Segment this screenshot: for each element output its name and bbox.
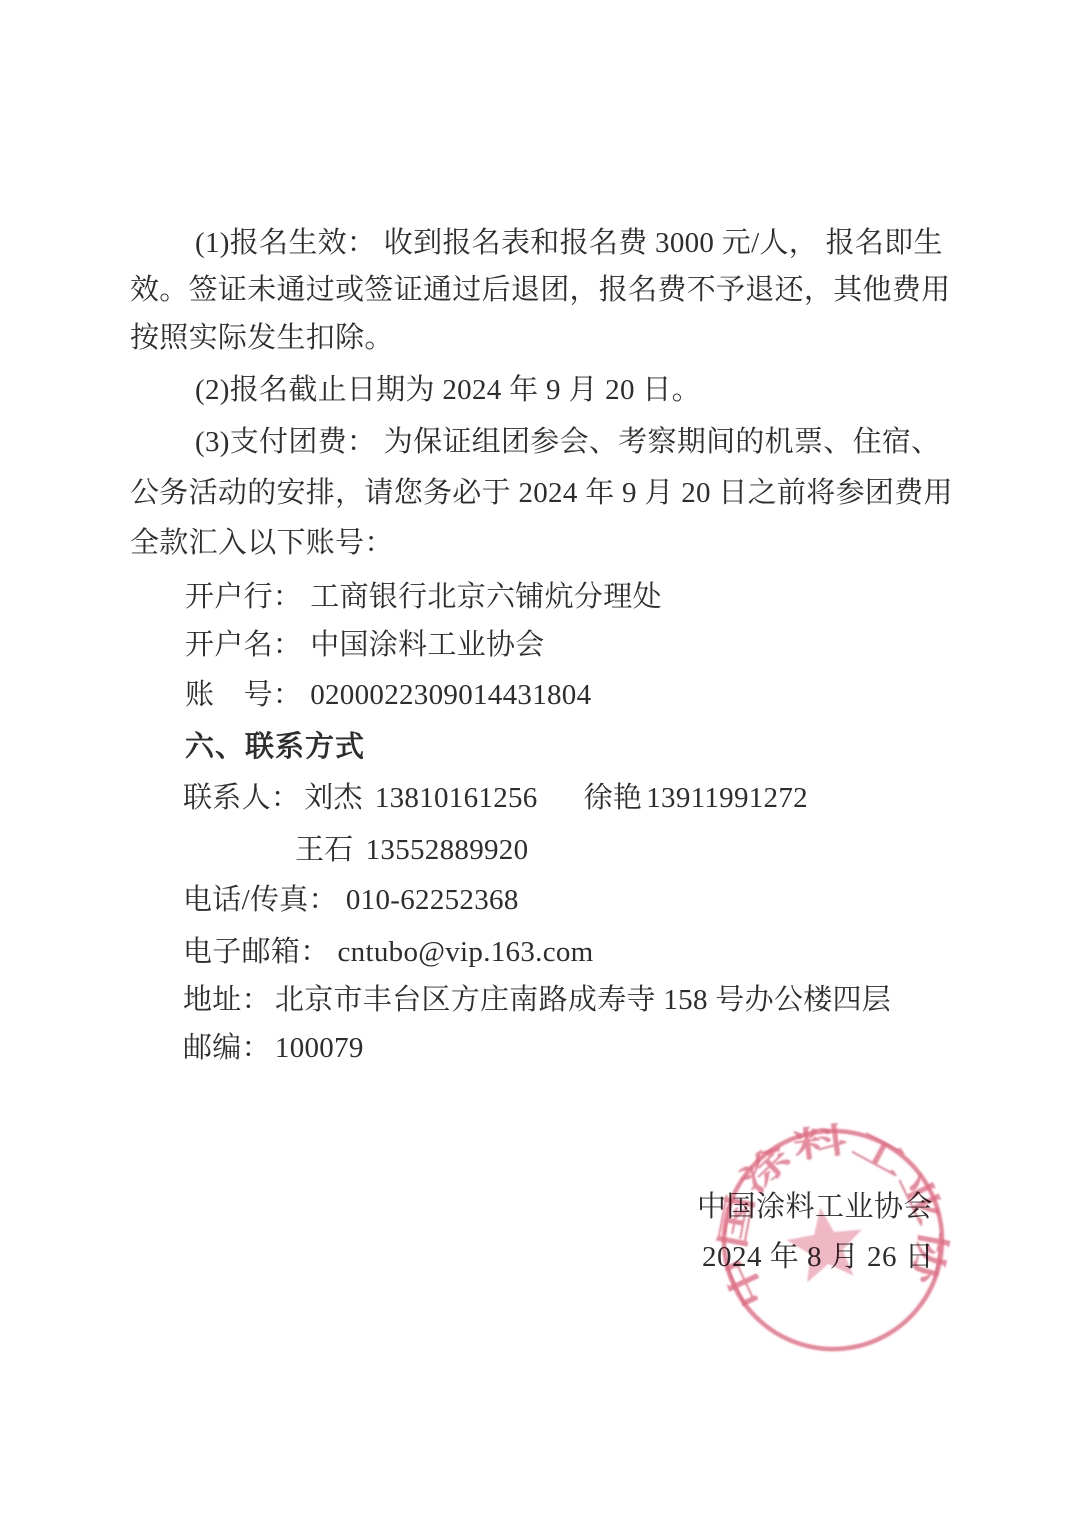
- document-page: (1)报名生效： 收到报名表和报名费 3000 元/人， 报名即生 效。签证未通…: [0, 0, 1080, 1527]
- seal-arc-text: 中国涂料工业协会: [713, 1120, 953, 1324]
- svg-text:中国涂料工业协会: 中国涂料工业协会: [713, 1120, 953, 1324]
- account-name-label: 开户名：: [185, 629, 302, 661]
- contact-label: 联系人：: [183, 782, 300, 814]
- postcode-value: 100079: [275, 1032, 364, 1064]
- seal-graphic: 中国涂料工业协会: [713, 1120, 953, 1360]
- contact1-name: 刘杰: [304, 782, 363, 814]
- para-payment-line2: 公务活动的安排，请您务必于 2024 年 9 月 20 日之前将参团费用: [130, 476, 953, 510]
- telfax-row: 电话/传真：010-62252368: [183, 883, 519, 917]
- section-heading-contact: 六、联系方式: [185, 730, 365, 764]
- contact1-phone: 13810161256: [375, 782, 538, 814]
- address-label: 地址：: [183, 984, 271, 1016]
- official-seal-stamp: 中国涂料工业协会: [713, 1120, 953, 1360]
- account-number-value: 0200022309014431804: [310, 679, 591, 711]
- account-name-row: 开户名：中国涂料工业协会: [185, 628, 545, 662]
- contact3-phone: 13552889920: [366, 834, 529, 866]
- contact3-name: 王石: [295, 834, 354, 866]
- para-payment-line1: (3)支付团费： 为保证组团参会、考察期间的机票、住宿、: [195, 425, 940, 459]
- telfax-label: 电话/传真：: [183, 884, 338, 916]
- seal-star-icon: [783, 1202, 868, 1284]
- address-value: 北京市丰台区方庄南路成寿寺 158 号办公楼四层: [275, 984, 891, 1016]
- contact2-phone: 13911991272: [646, 782, 808, 814]
- bank-branch-value: 工商银行北京六铺炕分理处: [310, 581, 662, 613]
- para-registration-line3: 按照实际发生扣除。: [130, 321, 394, 355]
- contact3-row: 王石13552889920: [295, 833, 528, 867]
- postcode-row: 邮编：100079: [183, 1031, 364, 1065]
- email-value: cntubo@vip.163.com: [338, 936, 594, 968]
- para-registration-line2: 效。签证未通过或签证通过后退团，报名费不予退还，其他费用: [130, 273, 950, 307]
- account-name-value: 中国涂料工业协会: [310, 629, 544, 661]
- bank-branch-row: 开户行：工商银行北京六铺炕分理处: [185, 580, 662, 614]
- account-number-label: 账 号：: [185, 679, 302, 711]
- email-label: 电子邮箱：: [183, 936, 330, 968]
- email-row: 电子邮箱：cntubo@vip.163.com: [183, 935, 594, 969]
- account-number-row: 账 号：0200022309014431804: [185, 678, 591, 712]
- para-payment-line3: 全款汇入以下账号：: [130, 526, 394, 560]
- para-registration-line1: (1)报名生效： 收到报名表和报名费 3000 元/人， 报名即生: [195, 226, 943, 260]
- address-row: 地址：北京市丰台区方庄南路成寿寺 158 号办公楼四层: [183, 983, 891, 1017]
- contact2-name: 徐艳: [584, 782, 643, 814]
- postcode-label: 邮编：: [183, 1032, 271, 1064]
- para-deadline: (2)报名截止日期为 2024 年 9 月 20 日。: [195, 373, 701, 407]
- contact-persons-row: 联系人：刘杰13810161256徐艳13911991272: [183, 781, 808, 815]
- telfax-value: 010-62252368: [346, 884, 519, 916]
- bank-branch-label: 开户行：: [185, 581, 302, 613]
